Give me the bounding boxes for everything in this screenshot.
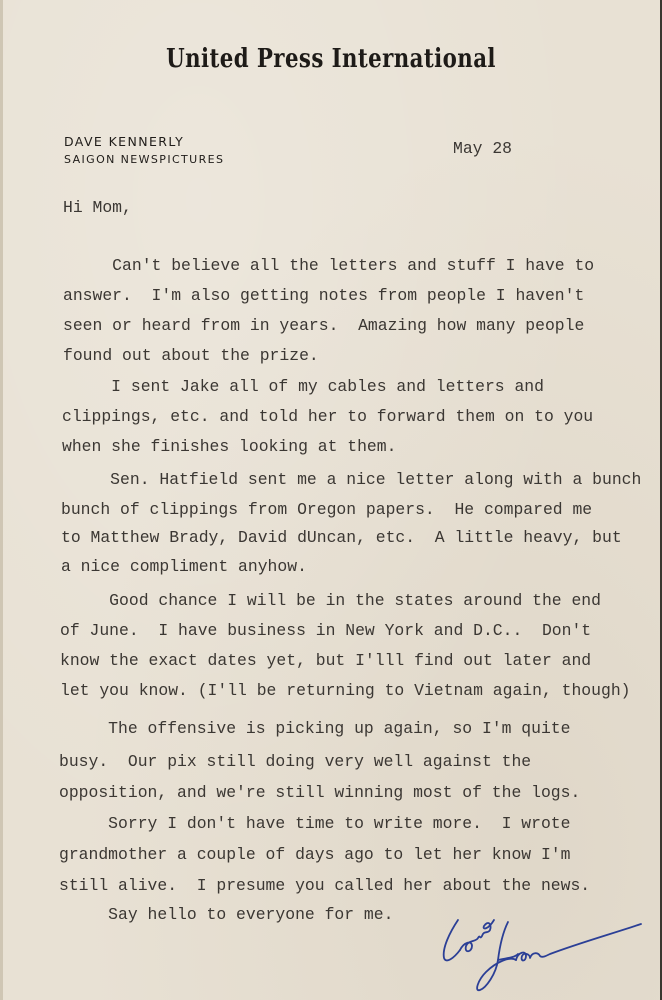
salutation: Hi Mom,	[63, 198, 132, 217]
body-line: Sorry I don't have time to write more. I…	[59, 814, 570, 833]
body-line: still alive. I presume you called her ab…	[59, 876, 590, 895]
body-line: when she finishes looking at them.	[62, 437, 396, 456]
body-line: opposition, and we're still winning most…	[59, 783, 580, 802]
body-line: Say hello to everyone for me.	[59, 905, 393, 924]
letter-date: May 28	[453, 139, 512, 158]
body-line: Sen. Hatfield sent me a nice letter alon…	[61, 470, 641, 489]
sender-name: DAVE KENNERLY	[64, 133, 224, 151]
body-line: bunch of clippings from Oregon papers. H…	[61, 500, 592, 519]
sender-block: DAVE KENNERLY SAIGON NEWSPICTURES	[64, 133, 224, 169]
handwritten-signature	[436, 900, 646, 1000]
body-line: busy. Our pix still doing very well agai…	[59, 752, 531, 771]
body-line: know the exact dates yet, but I'lll find…	[60, 651, 591, 670]
body-line: to Matthew Brady, David dUncan, etc. A l…	[61, 528, 622, 547]
body-line: clippings, etc. and told her to forward …	[62, 407, 593, 426]
body-line: Good chance I will be in the states arou…	[60, 591, 601, 610]
body-line: let you know. (I'll be returning to Viet…	[60, 681, 631, 700]
body-line: a nice compliment anyhow.	[61, 557, 307, 576]
body-line: found out about the prize.	[63, 346, 319, 365]
body-line: I sent Jake all of my cables and letters…	[62, 377, 544, 396]
body-line: The offensive is picking up again, so I'…	[59, 719, 570, 738]
body-line: of June. I have business in New York and…	[60, 621, 591, 640]
body-line: grandmother a couple of days ago to let …	[59, 845, 570, 864]
sender-organization: SAIGON NEWSPICTURES	[64, 151, 224, 169]
body-line: seen or heard from in years. Amazing how…	[63, 316, 584, 335]
body-line: Can't believe all the letters and stuff …	[63, 256, 594, 275]
paper-left-edge	[0, 0, 3, 1000]
letterhead-title: United Press International	[60, 44, 603, 74]
body-line: answer. I'm also getting notes from peop…	[63, 286, 584, 305]
